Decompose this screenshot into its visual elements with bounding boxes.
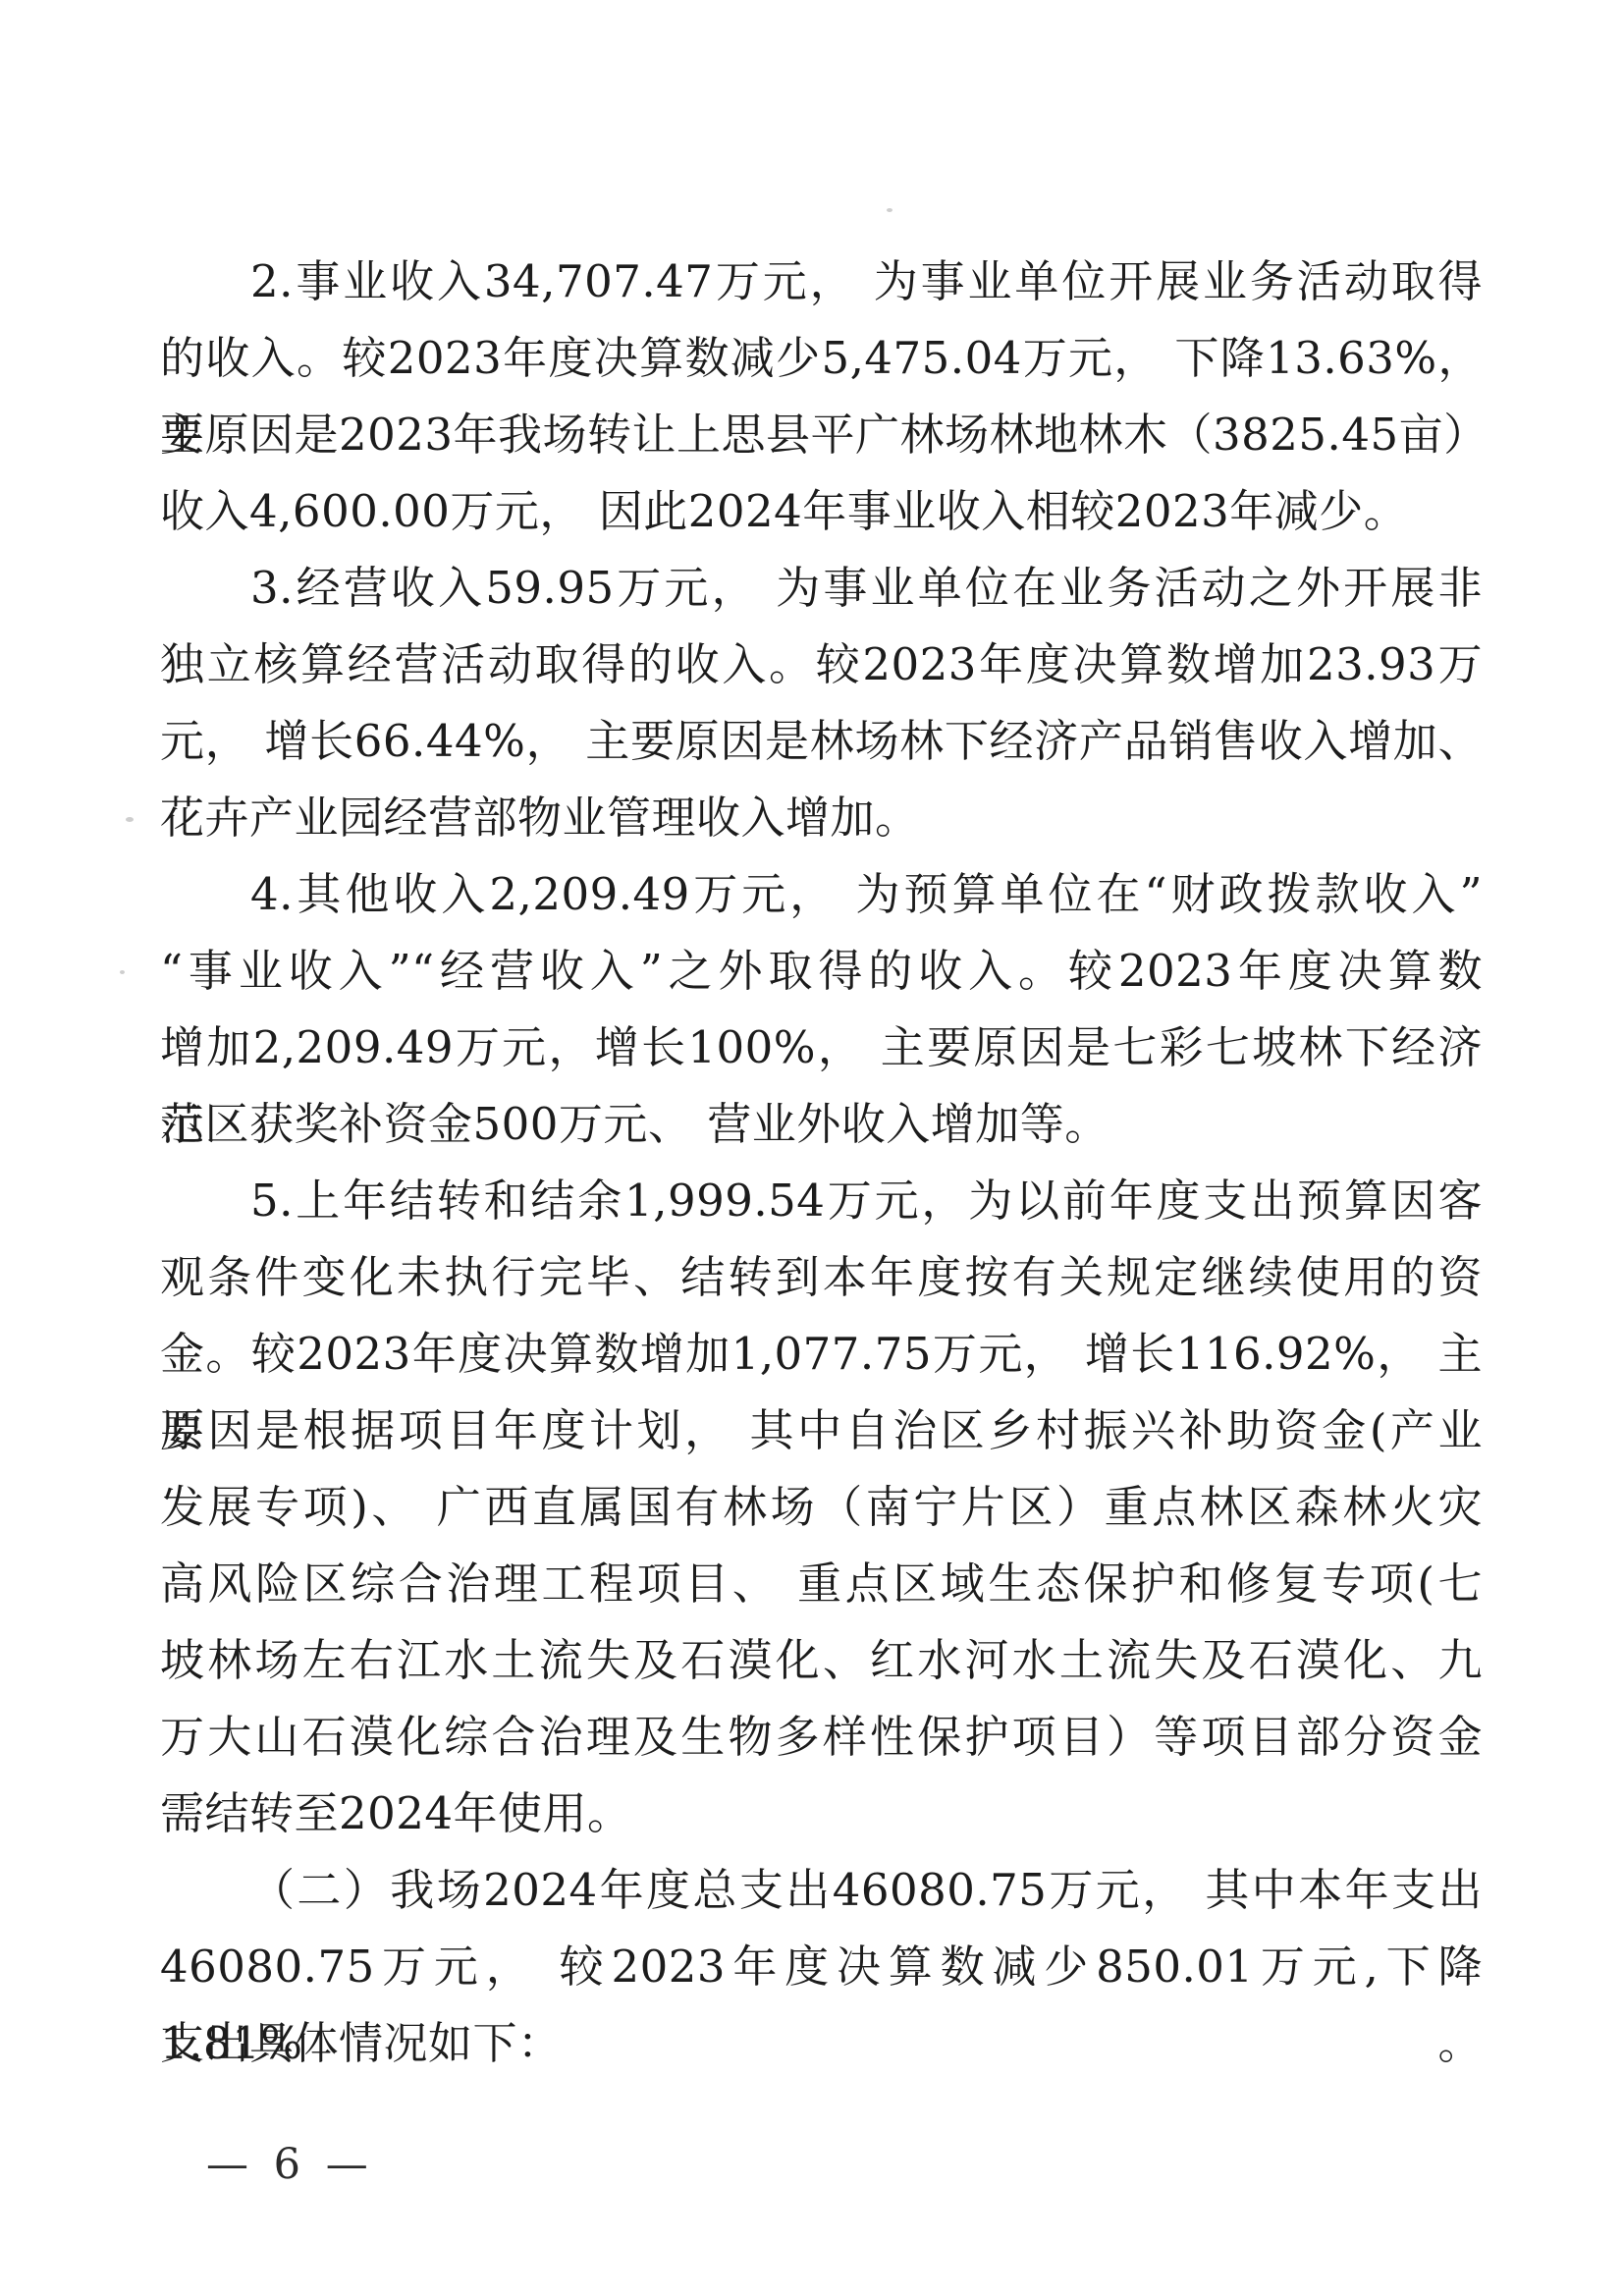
scan-speck [126,817,134,822]
document-body: 2.事业收入34,707.47万元， 为事业单位开展业务活动取得的收入。较202… [160,244,1483,2082]
text-line: 收入4,600.00万元， 因此2024年事业收入相较2023年减少。 [160,473,1483,550]
text-line: 范区获奖补资金500万元、 营业外收入增加等。 [160,1086,1483,1163]
text-line: 要原因是2023年我场转让上思县平广林场林地林木（3825.45亩） [160,397,1483,473]
text-line: 原因是根据项目年度计划， 其中自治区乡村振兴补助资金(产业 [160,1393,1483,1469]
text-line: 46080.75万元， 较2023年度决算数减少850.01万元,下降1.81%… [160,1929,1483,2005]
text-line: 增加2,209.49万元，增长100%， 主要原因是七彩七坡林下经济示 [160,1010,1483,1086]
text-line: 发展专项)、 广西直属国有林场（南宁片区）重点林区森林火灾 [160,1469,1483,1546]
page-number: — 6 — [206,2141,374,2188]
scan-speck [1300,1438,1305,1442]
text-line: 独立核算经营活动取得的收入。较2023年度决算数增加23.93万 [160,627,1483,703]
document-page: 2.事业收入34,707.47万元， 为事业单位开展业务活动取得的收入。较202… [0,0,1623,2296]
text-line: 3.经营收入59.95万元， 为事业单位在业务活动之外开展非 [160,550,1483,627]
text-line: （二）我场2024年度总支出46080.75万元， 其中本年支出 [160,1852,1483,1929]
scan-speck [887,208,893,212]
text-line: 金。较2023年度决算数增加1,077.75万元， 增长116.92%， 主要 [160,1316,1483,1393]
text-line: 的收入。较2023年度决算数减少5,475.04万元， 下降13.63%， 主 [160,320,1483,397]
text-line: 高风险区综合治理工程项目、 重点区域生态保护和修复专项(七 [160,1546,1483,1622]
text-line: 5.上年结转和结余1,999.54万元，为以前年度支出预算因客 [160,1163,1483,1239]
text-line: 花卉产业园经营部物业管理收入增加。 [160,780,1483,856]
text-line: 需结转至2024年使用。 [160,1776,1483,1852]
scan-speck [120,970,125,974]
text-line: 坡林场左右江水土流失及石漠化、红水河水土流失及石漠化、九 [160,1622,1483,1699]
text-line: 元， 增长66.44%， 主要原因是林场林下经济产品销售收入增加、 [160,703,1483,780]
text-line: 观条件变化未执行完毕、结转到本年度按有关规定继续使用的资 [160,1239,1483,1316]
text-line: 4.其他收入2,209.49万元， 为预算单位在“财政拨款收入” [160,856,1483,933]
text-line: 2.事业收入34,707.47万元， 为事业单位开展业务活动取得 [160,244,1483,320]
text-line: “事业收入”“经营收入”之外取得的收入。较2023年度决算数 [160,933,1483,1010]
text-line: 万大山石漠化综合治理及生物多样性保护项目）等项目部分资金 [160,1699,1483,1776]
